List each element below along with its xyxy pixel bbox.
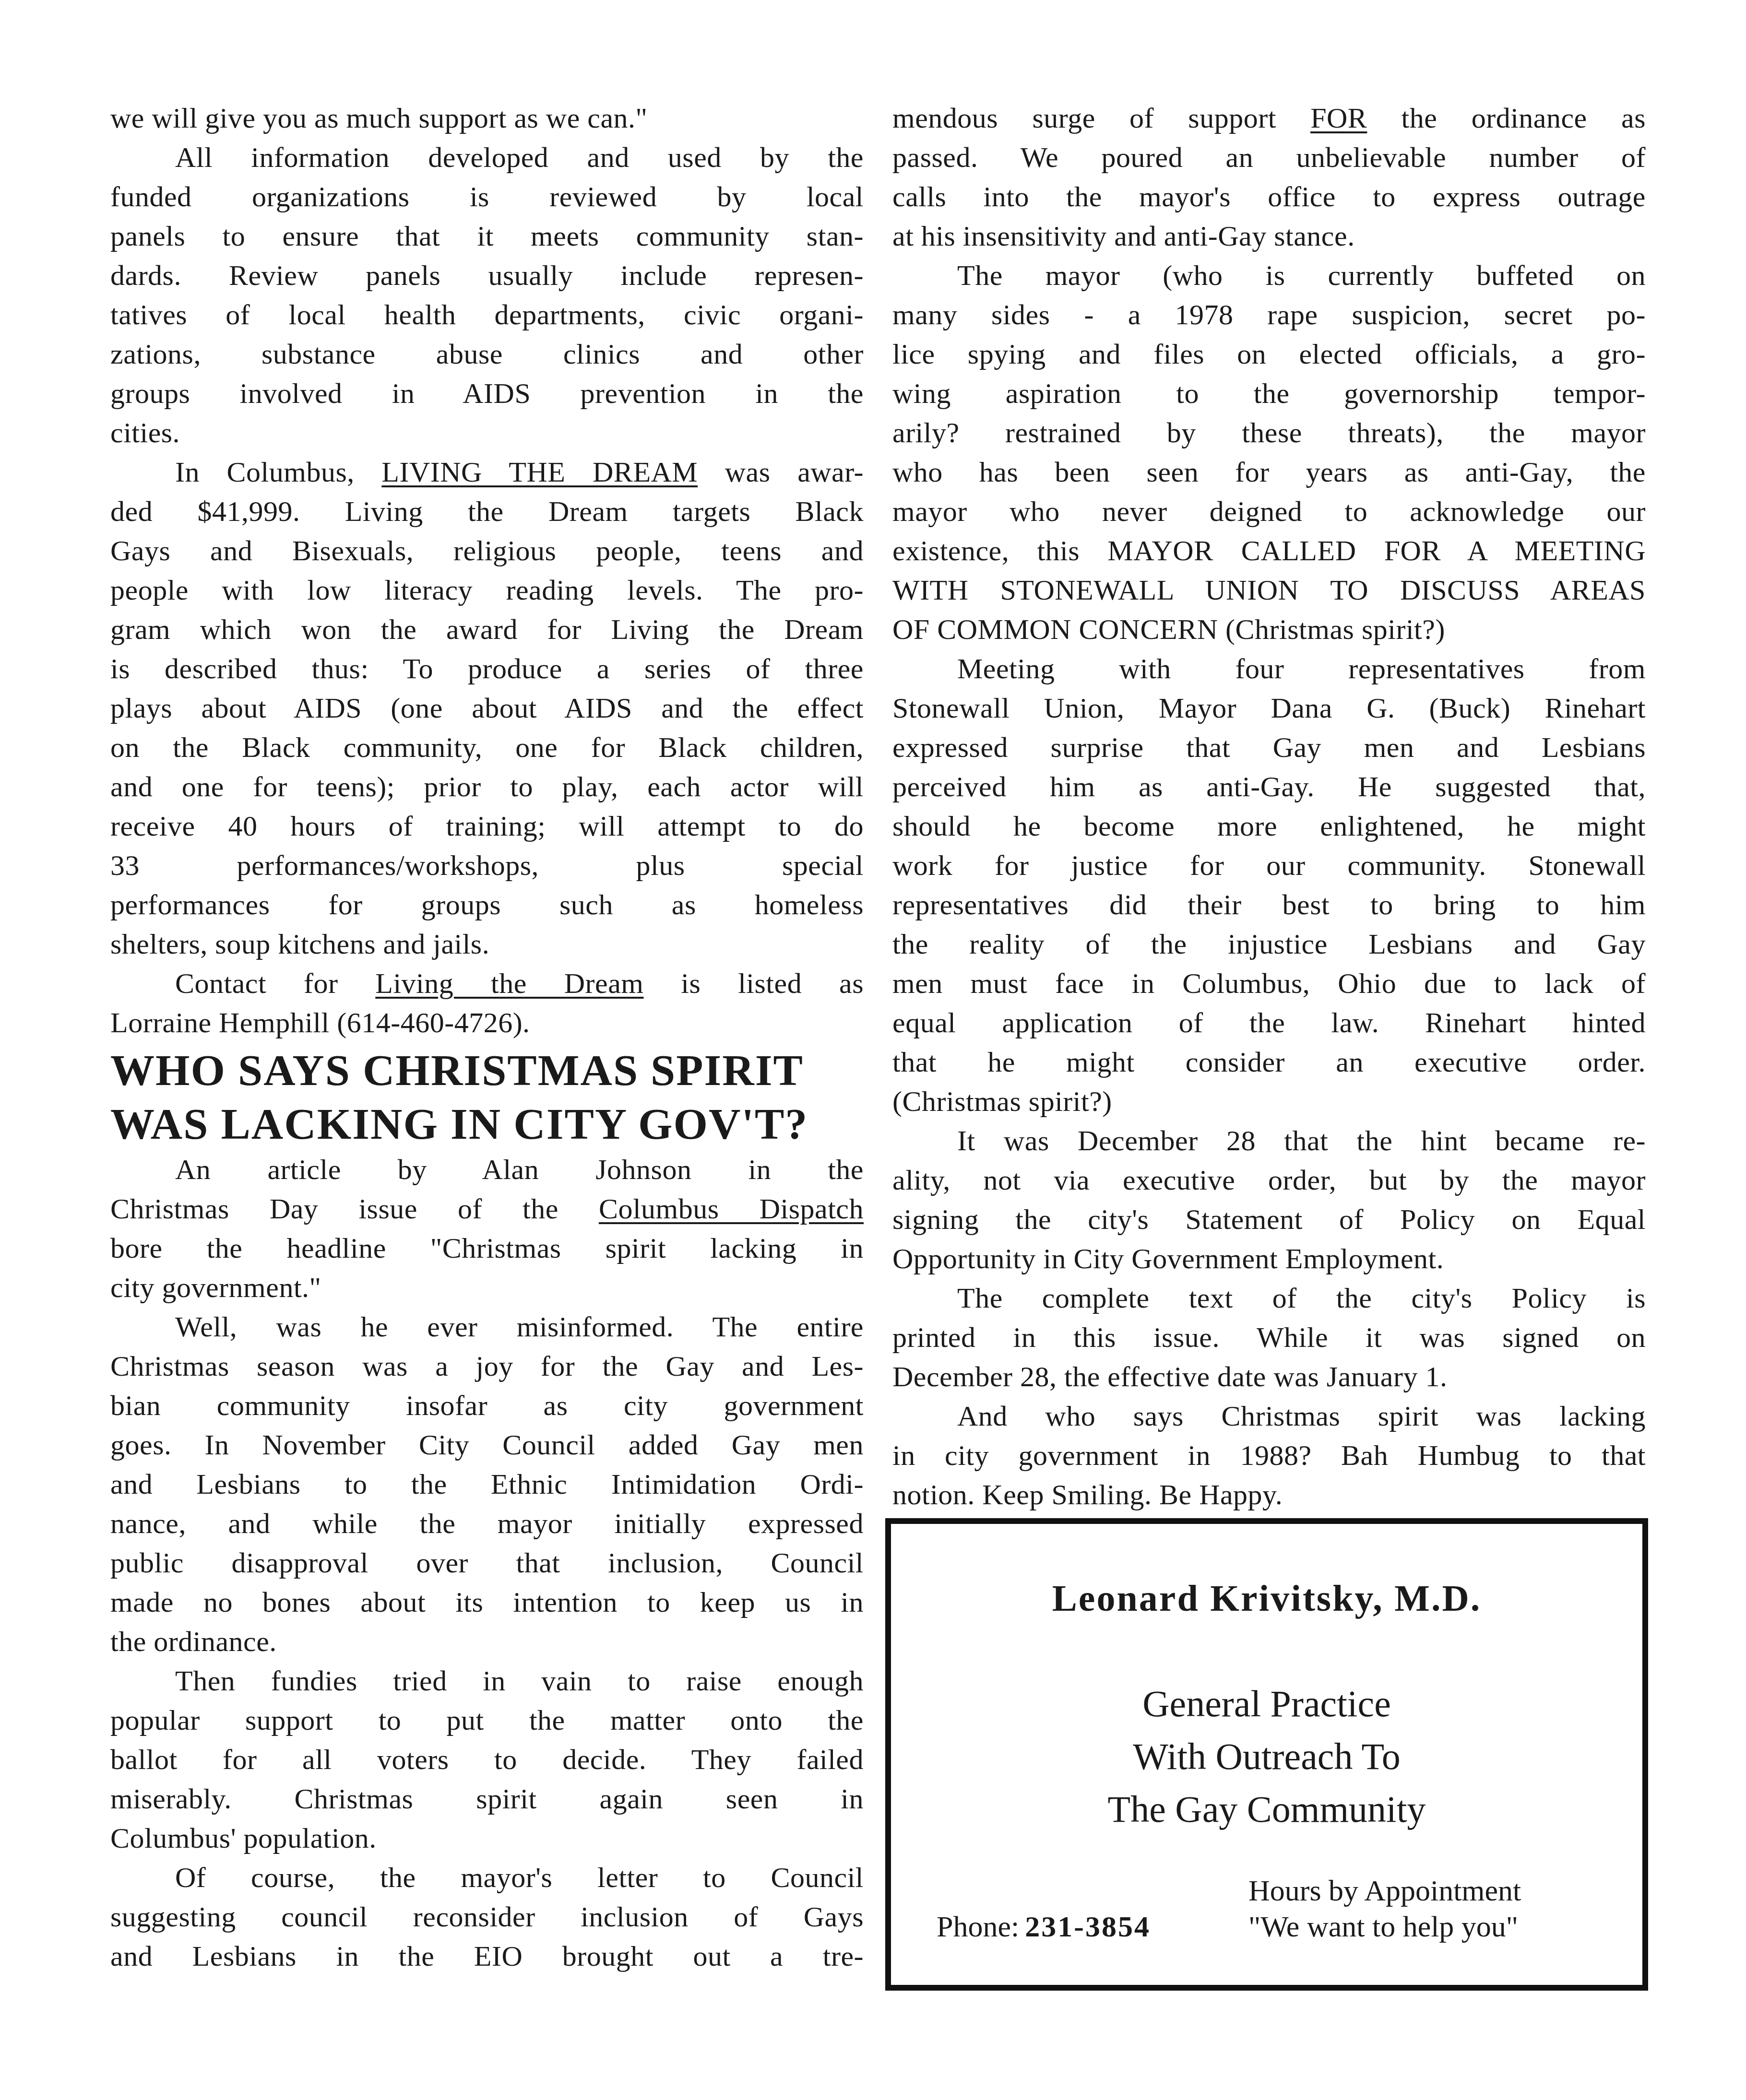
body-line: Lorraine Hemphill (614-460-4726). [110,1003,864,1042]
body-line: goes. In November City Council added Gay… [110,1425,864,1464]
body-line: Meeting with four representatives from [892,649,1646,688]
underlined-living-the-dream: LIVING THE DREAM [381,456,698,488]
body-line: expressed surprise that Gay men and Lesb… [892,728,1646,767]
body-line: many sides - a 1978 rape suspicion, secr… [892,295,1646,334]
body-line: signing the city's Statement of Policy o… [892,1200,1646,1239]
paragraph-fundies: Then fundies tried in vain to raise enou… [110,1661,864,1858]
paragraph-who-says: And who says Christmas spirit was lackin… [892,1396,1646,1514]
body-line: performances for groups such as homeless [110,885,864,924]
ad-hours: Hours by Appointment [1248,1874,1521,1908]
body-line: existence, this MAYOR CALLED FOR A MEETI… [892,531,1646,570]
article-headline: WHO SAYS CHRISTMAS SPIRIT WAS LACKING IN… [110,1044,864,1150]
body-line: OF COMMON CONCERN (Christmas spirit?) [892,610,1646,649]
body-line: and one for teens); prior to play, each … [110,767,864,806]
ad-tagline: "We want to help you" [1248,1910,1518,1944]
underlined-for: FOR [1310,102,1367,134]
body-line: funded organizations is reviewed by loca… [110,177,864,216]
body-line: In Columbus, LIVING THE DREAM was awar- [110,452,864,492]
paragraph-mayor: The mayor (who is currently buffeted on … [892,256,1646,649]
body-line: arily? restrained by these threats), the… [892,413,1646,452]
body-line: is described thus: To produce a series o… [110,649,864,688]
body-line: we will give you as much support as we c… [110,98,864,138]
paragraph-well: Well, was he ever misinformed. The entir… [110,1307,864,1661]
body-line: the ordinance. [110,1622,864,1661]
paragraph-complete-text: The complete text of the city's Policy i… [892,1278,1646,1396]
body-line: receive 40 hours of training; will attem… [110,806,864,846]
ad-description-line: With Outreach To [891,1730,1642,1783]
ad-doctor-name: Leonard Krivitsky, M.D. [891,1577,1642,1620]
underlined-columbus-dispatch: Columbus Dispatch [599,1193,864,1225]
paragraph-info: All information developed and used by th… [110,138,864,452]
body-line: Columbus' population. [110,1818,864,1858]
ad-description-line: The Gay Community [891,1783,1642,1836]
body-line: 33 performances/workshops, plus special [110,846,864,885]
body-line: December 28, the effective date was Janu… [892,1357,1646,1396]
body-line: mendous surge of support FOR the ordinan… [892,98,1646,138]
body-line: Of course, the mayor's letter to Council [110,1858,864,1897]
paragraph-columbus: In Columbus, LIVING THE DREAM was awar- … [110,452,864,964]
body-line: ality, not via executive order, but by t… [892,1160,1646,1200]
body-line: bore the headline "Christmas spirit lack… [110,1228,864,1268]
body-line: Christmas season was a joy for the Gay a… [110,1346,864,1386]
paragraph-meeting: Meeting with four representatives from S… [892,649,1646,1121]
right-column: mendous surge of support FOR the ordinan… [892,98,1646,1514]
body-line: Then fundies tried in vain to raise enou… [110,1661,864,1700]
body-line: Gays and Bisexuals, religious people, te… [110,531,864,570]
headline-line: WAS LACKING IN CITY GOV'T? [110,1098,864,1150]
body-line: groups involved in AIDS prevention in th… [110,374,864,413]
ad-description: General Practice With Outreach To The Ga… [891,1677,1642,1836]
body-line: dards. Review panels usually include rep… [110,256,864,295]
body-line: should he become more enlightened, he mi… [892,806,1646,846]
body-line: An article by Alan Johnson in the [110,1150,864,1189]
body-line: ballot for all voters to decide. They fa… [110,1740,864,1779]
body-line: perceived him as anti-Gay. He suggested … [892,767,1646,806]
body-line: passed. We poured an unbelievable number… [892,138,1646,177]
body-line: The complete text of the city's Policy i… [892,1278,1646,1318]
body-line: zations, substance abuse clinics and oth… [110,334,864,374]
paragraph-contact: Contact for Living the Dream is listed a… [110,964,864,1042]
body-line: equal application of the law. Rinehart h… [892,1003,1646,1042]
body-line: at his insensitivity and anti-Gay stance… [892,216,1646,256]
body-line: miserably. Christmas spirit again seen i… [110,1779,864,1818]
paragraph-of-course: Of course, the mayor's letter to Council… [110,1858,864,1976]
body-line: It was December 28 that the hint became … [892,1121,1646,1160]
body-line: gram which won the award for Living the … [110,610,864,649]
body-line: nance, and while the mayor initially exp… [110,1504,864,1543]
body-line: ded $41,999. Living the Dream targets Bl… [110,492,864,531]
ad-contact-row: Phone:231-3854 "We want to help you" [937,1910,1597,1944]
body-line: popular support to put the matter onto t… [110,1700,864,1740]
body-line: and Lesbians in the EIO brought out a tr… [110,1936,864,1976]
body-line: and Lesbians to the Ethnic Intimidation … [110,1464,864,1504]
body-line: All information developed and used by th… [110,138,864,177]
ad-phone-number: 231-3854 [1025,1911,1151,1943]
doctor-advertisement: Leonard Krivitsky, M.D. General Practice… [885,1518,1648,1991]
body-line: wing aspiration to the governorship temp… [892,374,1646,413]
body-line: (Christmas spirit?) [892,1082,1646,1121]
body-line: tatives of local health departments, civ… [110,295,864,334]
body-line: Well, was he ever misinformed. The entir… [110,1307,864,1346]
body-line: shelters, soup kitchens and jails. [110,924,864,964]
body-line: made no bones about its intention to kee… [110,1582,864,1622]
body-line: Opportunity in City Government Employmen… [892,1239,1646,1278]
body-line: Christmas Day issue of the Columbus Disp… [110,1189,864,1228]
body-line: Contact for Living the Dream is listed a… [110,964,864,1003]
underlined-living-the-dream: Living the Dream [375,967,643,999]
body-line: mayor who never deigned to acknowledge o… [892,492,1646,531]
body-line: panels to ensure that it meets community… [110,216,864,256]
body-line: men must face in Columbus, Ohio due to l… [892,964,1646,1003]
body-line: who has been seen for years as anti-Gay,… [892,452,1646,492]
body-line: public disapproval over that inclusion, … [110,1543,864,1582]
body-line: that he might consider an executive orde… [892,1042,1646,1082]
body-line: bian community insofar as city governmen… [110,1386,864,1425]
body-line: the reality of the injustice Lesbians an… [892,924,1646,964]
body-line: notion. Keep Smiling. Be Happy. [892,1475,1646,1514]
body-line: WITH STONEWALL UNION TO DISCUSS AREAS [892,570,1646,610]
body-line: city government." [110,1268,864,1307]
headline-line: WHO SAYS CHRISTMAS SPIRIT [110,1044,864,1096]
body-line: representatives did their best to bring … [892,885,1646,924]
body-line: in city government in 1988? Bah Humbug t… [892,1436,1646,1475]
body-line: Stonewall Union, Mayor Dana G. (Buck) Ri… [892,688,1646,728]
body-line: suggesting council reconsider inclusion … [110,1897,864,1936]
body-line: on the Black community, one for Black ch… [110,728,864,767]
body-line: lice spying and files on elected officia… [892,334,1646,374]
ad-phone-label: Phone: [937,1911,1019,1943]
body-line: cities. [110,413,864,452]
body-line: plays about AIDS (one about AIDS and the… [110,688,864,728]
paragraph-surge: mendous surge of support FOR the ordinan… [892,98,1646,256]
body-line: The mayor (who is currently buffeted on [892,256,1646,295]
body-line: work for justice for our community. Ston… [892,846,1646,885]
body-line: calls into the mayor's office to express… [892,177,1646,216]
ad-description-line: General Practice [891,1677,1642,1730]
body-line: printed in this issue. While it was sign… [892,1318,1646,1357]
left-column: we will give you as much support as we c… [110,98,864,1976]
body-line: And who says Christmas spirit was lackin… [892,1396,1646,1436]
paragraph-december: It was December 28 that the hint became … [892,1121,1646,1278]
paragraph-article: An article by Alan Johnson in the Christ… [110,1150,864,1307]
body-line: people with low literacy reading levels.… [110,570,864,610]
